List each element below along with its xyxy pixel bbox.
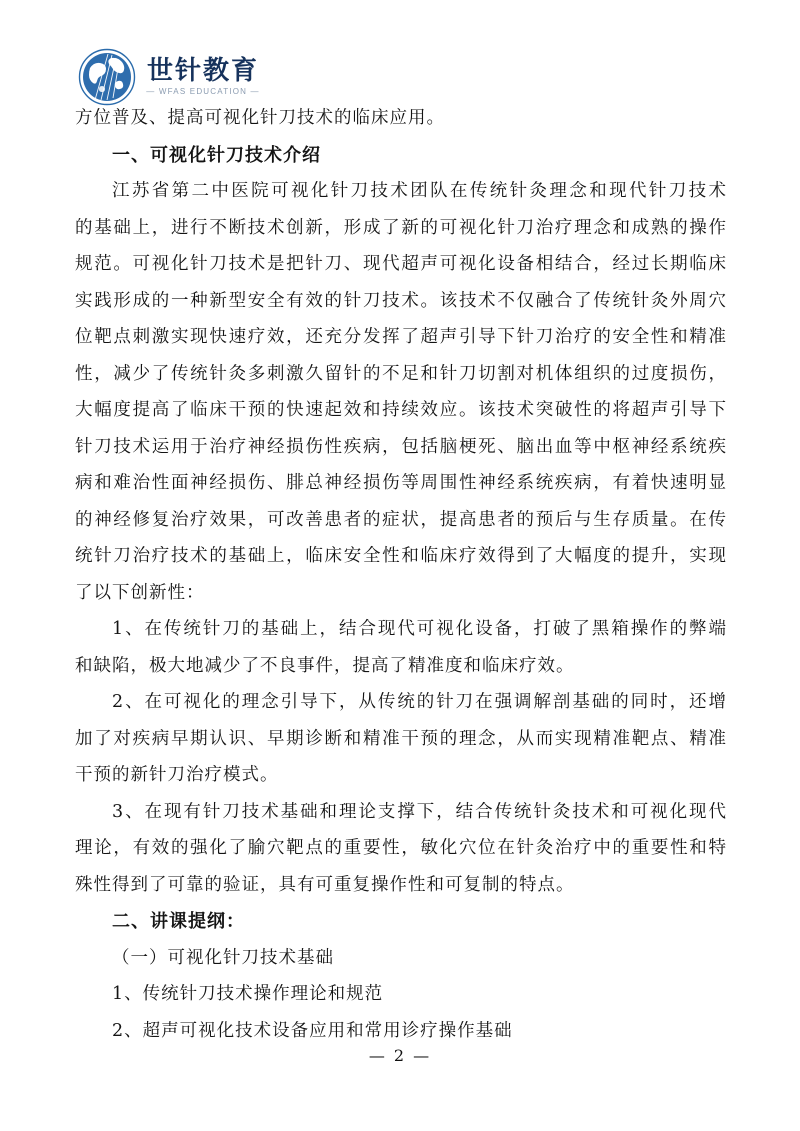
- document-page: 世针教育 — WFAS EDUCATION — 方位普及、提高可视化针刀技术的临…: [0, 0, 800, 1131]
- text-line: 3、在现有针刀技术基础和理论支撑下，结合传统针灸技术和可视化现代: [75, 794, 727, 831]
- text-line: 的神经修复治疗效果，可改善患者的症状，提高患者的预后与生存质量。在传: [75, 502, 727, 539]
- text-line: 病和难治性面神经损伤、腓总神经损伤等周围性神经系统疾病，有着快速明显: [75, 465, 727, 502]
- text-line: 了以下创新性：: [75, 575, 727, 612]
- globe-needle-icon: [78, 48, 136, 106]
- document-body: 方位普及、提高可视化针刀技术的临床应用。一、可视化针刀技术介绍江苏省第二中医院可…: [75, 100, 727, 1049]
- section-heading: 二、讲课提纲：: [75, 903, 727, 940]
- page-number: — 2 —: [0, 1044, 800, 1068]
- text-line: 性，减少了传统针灸多刺激久留针的不足和针刀切割对机体组织的过度损伤，: [75, 356, 727, 393]
- text-line: 干预的新针刀治疗模式。: [75, 757, 727, 794]
- text-line: 殊性得到了可靠的验证，具有可重复操作性和可复制的特点。: [75, 867, 727, 904]
- text-line: 位靶点刺激实现快速疗效，还充分发挥了超声引导下针刀治疗的安全性和精准: [75, 319, 727, 356]
- logo: 世针教育 — WFAS EDUCATION —: [78, 48, 262, 106]
- text-line: 规范。可视化针刀技术是把针刀、现代超声可视化设备相结合，经过长期临床: [75, 246, 727, 283]
- text-line: 针刀技术运用于治疗神经损伤性疾病，包括脑梗死、脑出血等中枢神经系统疾: [75, 429, 727, 466]
- text-line: 和缺陷，极大地减少了不良事件，提高了精准度和临床疗效。: [75, 648, 727, 685]
- text-line: 江苏省第二中医院可视化针刀技术团队在传统针灸理念和现代针刀技术: [75, 173, 727, 210]
- text-line: 实践形成的一种新型安全有效的针刀技术。该技术不仅融合了传统针灸外周穴: [75, 283, 727, 320]
- logo-title: 世针教育: [144, 57, 262, 84]
- logo-text-block: 世针教育 — WFAS EDUCATION —: [144, 48, 262, 96]
- text-line: 2、在可视化的理念引导下，从传统的针刀在强调解剖基础的同时，还增: [75, 684, 727, 721]
- text-line: （一）可视化针刀技术基础: [75, 940, 727, 977]
- text-line: 统针刀治疗技术的基础上，临床安全性和临床疗效得到了大幅度的提升，实现: [75, 538, 727, 575]
- section-heading: 一、可视化针刀技术介绍: [75, 137, 727, 174]
- text-line: 1、在传统针刀的基础上，结合现代可视化设备，打破了黑箱操作的弊端: [75, 611, 727, 648]
- text-line: 加了对疾病早期认识、早期诊断和精准干预的理念，从而实现精准靶点、精准: [75, 721, 727, 758]
- logo-subtitle: — WFAS EDUCATION —: [144, 87, 262, 96]
- text-line: 理论，有效的强化了腧穴靶点的重要性，敏化穴位在针灸治疗中的重要性和特: [75, 830, 727, 867]
- text-line: 1、传统针刀技术操作理论和规范: [75, 976, 727, 1013]
- text-line: 的基础上，进行不断技术创新，形成了新的可视化针刀治疗理念和成熟的操作: [75, 210, 727, 247]
- text-line: 方位普及、提高可视化针刀技术的临床应用。: [75, 100, 727, 137]
- text-line: 大幅度提高了临床干预的快速起效和持续效应。该技术突破性的将超声引导下: [75, 392, 727, 429]
